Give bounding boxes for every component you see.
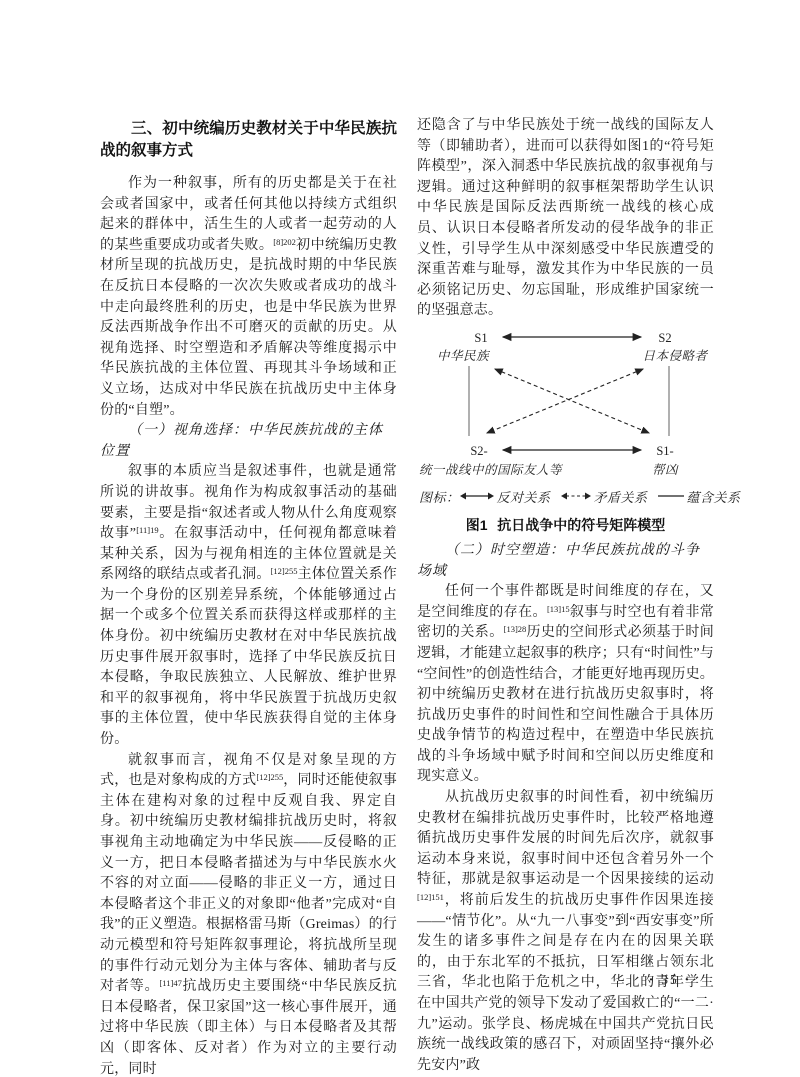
page-number-right-dot: · bbox=[685, 972, 692, 987]
paragraph-3-continuation: 还隐含了与中华民族处于统一战线的国际友人等（即辅助者），进而可以获得如图1的“符… bbox=[417, 116, 714, 322]
node-s2neg-label: 统一战线中的国际友人等 bbox=[419, 463, 564, 477]
node-s2-code: S2 bbox=[658, 331, 671, 345]
paragraph-5: 从抗战历史叙事的时间性看，初中统编历史教材在编排抗战历史事件时，比较严格地遵循抗… bbox=[417, 788, 714, 1076]
journal-article-page: 三、初中统编历史教材关于中华民族抗战的叙事方式 作为一种叙事，所有的历史都是关于… bbox=[0, 0, 800, 1077]
paragraph-1: 作为一种叙事，所有的历史都是关于在社会或者国家中，或者任何其他以持续方式组织起来… bbox=[100, 174, 397, 421]
figure-semiotic-square: S1 S2 中华民族 日本侵略者 S2- S1- 统一战线中的国际友人等 帮凶 … bbox=[417, 328, 714, 535]
subsection-heading-1: （一）视角选择：中华民族抗战的主体位置 bbox=[100, 421, 397, 462]
citation-superscript: [11]19 bbox=[136, 525, 158, 535]
node-s1neg-label: 帮凶 bbox=[652, 463, 679, 477]
page-number-value: 35 bbox=[661, 972, 679, 987]
two-column-layout: 三、初中统编历史教材关于中华民族抗战的叙事方式 作为一种叙事，所有的历史都是关于… bbox=[100, 116, 714, 1077]
node-s2neg-code: S2- bbox=[470, 444, 487, 458]
figure-caption-label: 图1 bbox=[466, 517, 488, 533]
paragraph-2: 叙事的本质应当是叙述事件，也就是通常所说的讲故事。视角作为构成叙事活动的基础要素… bbox=[100, 462, 397, 750]
citation-superscript: [13]15 bbox=[547, 603, 570, 613]
page-number-left-dot: · bbox=[649, 972, 656, 987]
paragraph-3: 就叙事而言，视角不仅是对象呈现的方式，也是对象构成的方式[12]255，同时还能… bbox=[100, 751, 397, 1077]
citation-superscript: [12]255 bbox=[271, 566, 298, 576]
legend-label-implication: 蕴含关系 bbox=[687, 487, 741, 506]
citation-superscript: [11]47 bbox=[159, 978, 181, 988]
figure-caption-text: 抗日战争中的符号矩阵模型 bbox=[497, 517, 665, 533]
semiotic-square-diagram: S1 S2 中华民族 日本侵略者 S2- S1- 统一战线中的国际友人等 帮凶 bbox=[417, 328, 714, 480]
left-column: 三、初中统编历史教材关于中华民族抗战的叙事方式 作为一种叙事，所有的历史都是关于… bbox=[100, 116, 397, 1077]
legend-prefix: 图标： bbox=[419, 487, 460, 506]
node-s1-label: 中华民族 bbox=[437, 349, 491, 363]
page-number: ·35· bbox=[610, 972, 730, 988]
paragraph-4: 任何一个事件都既是时间维度的存在，又是空间维度的存在。[13]15叙事与时空也有… bbox=[417, 582, 714, 788]
solid-line-icon bbox=[658, 491, 684, 501]
figure-caption: 图1抗日战争中的符号矩阵模型 bbox=[417, 515, 714, 535]
legend-label-contradiction: 矛盾关系 bbox=[594, 487, 648, 506]
citation-superscript: [12]151 bbox=[417, 892, 444, 902]
figure-legend: 图标： 反对关系 bbox=[419, 487, 714, 506]
right-column: 还隐含了与中华民族处于统一战线的国际友人等（即辅助者），进而可以获得如图1的“符… bbox=[417, 116, 714, 1077]
node-s1neg-code: S1- bbox=[656, 444, 673, 458]
contradiction-arrow-s2 bbox=[487, 369, 643, 433]
solid-double-arrow-icon bbox=[460, 491, 494, 501]
contradiction-arrow-s1 bbox=[495, 369, 649, 433]
citation-superscript: [12]255 bbox=[256, 772, 283, 782]
dashed-double-arrow-icon bbox=[561, 491, 591, 501]
citation-superscript: [13]28 bbox=[504, 624, 527, 634]
citation-superscript: [8]202 bbox=[273, 237, 296, 247]
section-heading: 三、初中统编历史教材关于中华民族抗战的叙事方式 bbox=[100, 118, 397, 161]
legend-label-opposition: 反对关系 bbox=[497, 487, 551, 506]
node-s2-label: 日本侵略者 bbox=[642, 349, 708, 363]
subsection-heading-2: （二）时空塑造：中华民族抗战的斗争场域 bbox=[417, 541, 714, 582]
node-s1-code: S1 bbox=[474, 331, 487, 345]
